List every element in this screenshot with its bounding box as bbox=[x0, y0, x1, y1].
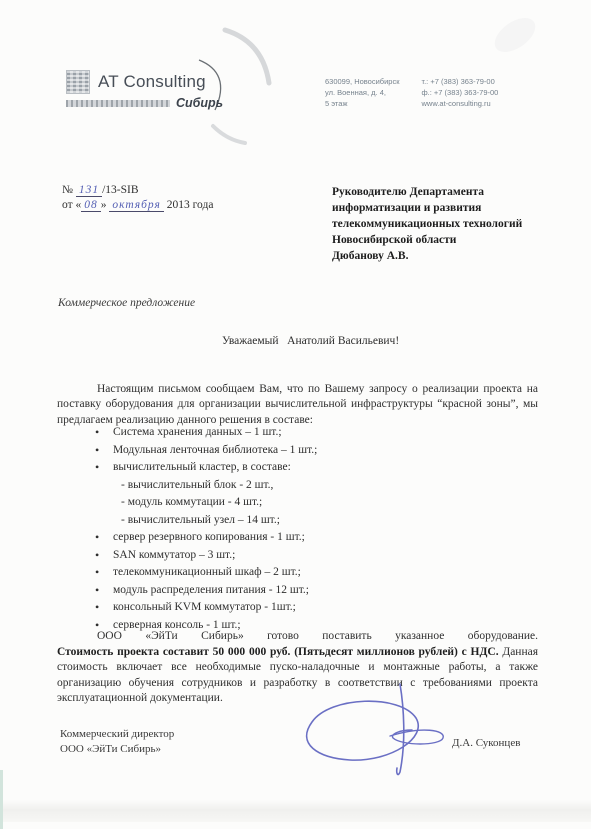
list-item-label: консольный KVM коммутатор - 1шт.; bbox=[113, 601, 296, 613]
list-item: SAN коммутатор – 3 шт.; bbox=[95, 547, 525, 565]
list-item-label: сервер резервного копирования - 1 шт.; bbox=[113, 531, 305, 543]
recipient-block: Руководителю Департамента информатизации… bbox=[332, 184, 568, 264]
intro-paragraph: Настоящим письмом сообщаем Вам, что по В… bbox=[57, 382, 538, 429]
contact-address: 630099, Новосибирск ул. Военная, д. 4, 5… bbox=[325, 76, 399, 109]
closing-first-line: ООО «ЭйТи Сибирь» готово поставить указа… bbox=[57, 629, 538, 645]
subject-line: Коммерческое предложение bbox=[58, 297, 195, 309]
list-subitem: - вычислительный узел – 14 шт.; bbox=[113, 512, 525, 530]
reference-date-suffix: 2013 года bbox=[167, 199, 214, 211]
recipient-line: телекоммуникационных технологий bbox=[332, 216, 568, 232]
scan-edge-line bbox=[0, 770, 3, 829]
reference-number-prefix: № bbox=[62, 184, 73, 196]
list-item-label: телекоммуникационный шкаф – 2 шт.; bbox=[113, 566, 301, 578]
list-item: модуль распределения питания - 12 шт.; bbox=[95, 582, 525, 600]
list-item-label: Модульная ленточная библиотека – 1 шт.; bbox=[113, 444, 317, 456]
list-item: консольный KVM коммутатор - 1шт.; bbox=[95, 599, 525, 617]
list-item: сервер резервного копирования - 1 шт.; bbox=[95, 529, 525, 547]
scan-noise-band bbox=[0, 800, 591, 822]
equipment-list: Система хранения данных – 1 шт.; Модульн… bbox=[95, 424, 525, 634]
contact-phone-line: т.: +7 (383) 363-79-00 bbox=[421, 76, 498, 87]
signature-title-block: Коммерческий директор ООО «ЭйТи Сибирь» bbox=[60, 727, 174, 757]
contact-address-line: 5 этаж bbox=[325, 98, 399, 109]
contact-address-line: 630099, Новосибирск bbox=[325, 76, 399, 87]
reference-date-month-handwritten: октября bbox=[109, 199, 164, 212]
reference-date-close-quote: » bbox=[101, 199, 107, 211]
contact-address-line: ул. Военная, д. 4, bbox=[325, 87, 399, 98]
signer-name: Д.А. Суконцев bbox=[452, 737, 520, 749]
reference-date-line: от «08» октября 2013 года bbox=[62, 198, 213, 213]
logo-mosaic-icon bbox=[66, 70, 90, 94]
list-subitem: - модуль коммутации - 4 шт.; bbox=[113, 494, 525, 512]
reference-number-line: № 131/13-SIB bbox=[62, 183, 213, 198]
closing-price-bold: Стоимость проекта составит 50 000 000 ру… bbox=[57, 646, 499, 658]
list-item-label: модуль распределения питания - 12 шт.; bbox=[113, 584, 309, 596]
list-item: Модульная ленточная библиотека – 1 шт.; bbox=[95, 442, 525, 460]
recipient-line: информатизации и развития bbox=[332, 200, 568, 216]
contact-fax-line: ф.: +7 (383) 363-79-00 bbox=[421, 87, 498, 98]
contact-phones: т.: +7 (383) 363-79-00 ф.: +7 (383) 363-… bbox=[421, 76, 498, 109]
recipient-line: Новосибирской области bbox=[332, 232, 568, 248]
recipient-line: Руководителю Департамента bbox=[332, 184, 568, 200]
scan-smudge bbox=[489, 11, 542, 59]
signature-title: Коммерческий директор bbox=[60, 727, 174, 742]
list-item: Система хранения данных – 1 шт.; bbox=[95, 424, 525, 442]
contact-block: 630099, Новосибирск ул. Военная, д. 4, 5… bbox=[325, 76, 498, 109]
list-item-label: SAN коммутатор – 3 шт.; bbox=[113, 549, 235, 561]
company-logo: AT Consulting Сибирь bbox=[66, 70, 266, 110]
list-item-label: Система хранения данных – 1 шт.; bbox=[113, 426, 282, 438]
list-item-label: вычислительный кластер, в составе: bbox=[113, 461, 291, 473]
reference-block: № 131/13-SIB от «08» октября 2013 года bbox=[62, 183, 213, 213]
signature-company: ООО «ЭйТи Сибирь» bbox=[60, 742, 174, 757]
reference-number-suffix: /13-SIB bbox=[102, 184, 138, 196]
logo-striped-bar bbox=[66, 100, 170, 107]
recipient-name: Дюбанову А.В. bbox=[332, 248, 568, 264]
logo-company-name: AT Consulting bbox=[98, 72, 206, 92]
list-item: вычислительный кластер, в составе: - выч… bbox=[95, 459, 525, 529]
handwritten-signature bbox=[250, 680, 470, 785]
list-item: телекоммуникационный шкаф – 2 шт.; bbox=[95, 564, 525, 582]
salutation-line: Уважаемый Анатолий Васильевич! bbox=[222, 335, 399, 347]
list-subitem: - вычислительный блок - 2 шт., bbox=[113, 477, 525, 495]
reference-date-day-handwritten: 08 bbox=[81, 199, 101, 212]
reference-date-word: от bbox=[62, 199, 73, 211]
contact-website: www.at-consulting.ru bbox=[421, 98, 498, 109]
scanned-letter-page: AT Consulting Сибирь 630099, Новосибирск… bbox=[0, 0, 591, 829]
logo-region-label: Сибирь bbox=[176, 96, 223, 110]
reference-number-handwritten: 131 bbox=[76, 184, 102, 197]
